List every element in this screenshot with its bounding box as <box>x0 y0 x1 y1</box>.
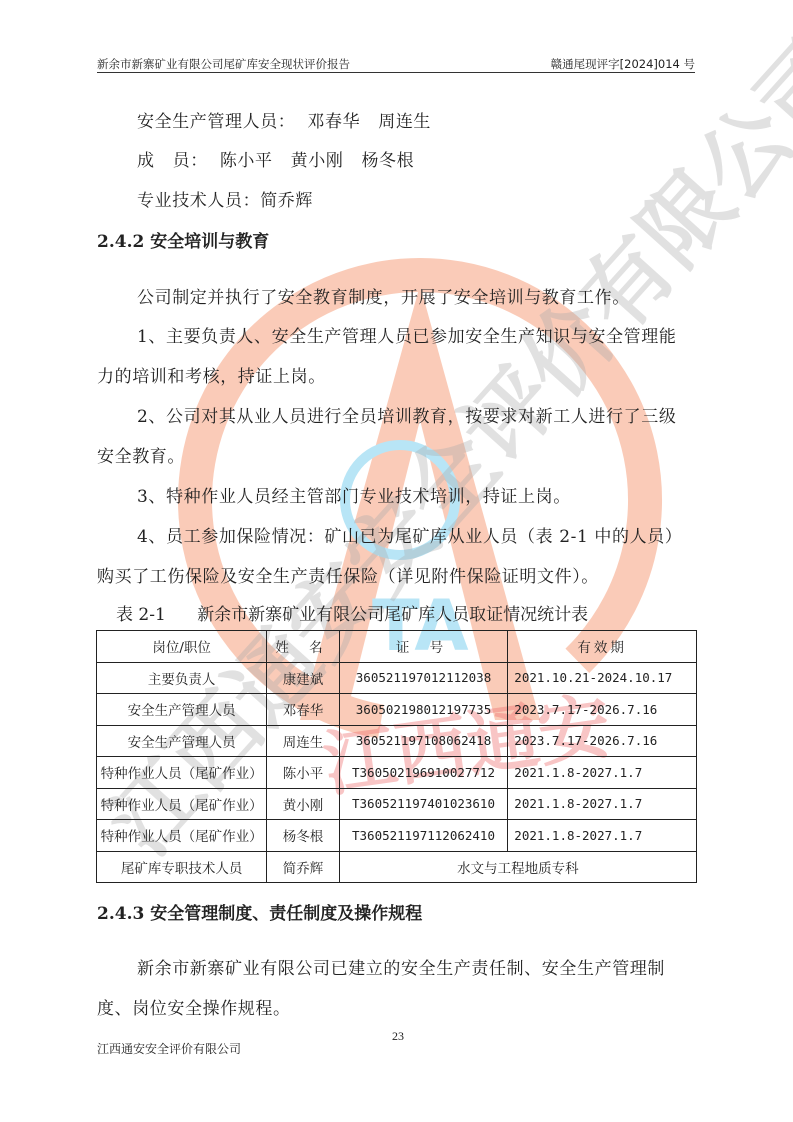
table-header-row: 岗位/职位 姓 名 证 号 有效期 <box>97 631 697 663</box>
paragraph: 购买了工伤保险及安全生产责任保险（详见附件保险证明文件）。 <box>97 566 599 588</box>
cell-certificate-no: T360502196910027712 <box>339 757 508 789</box>
cell-certificate-no: T360521197112062410 <box>339 820 508 852</box>
footer-company: 江西通安安全评价有限公司 <box>97 1040 241 1057</box>
cell-validity: 2021.1.8-2027.1.7 <box>508 788 697 820</box>
paragraph: 安全教育。 <box>97 446 185 468</box>
cell-name: 杨冬根 <box>267 820 339 852</box>
header-report-title: 新余市新寨矿业有限公司尾矿库安全现状评价报告 <box>97 56 350 72</box>
cell-name: 康建斌 <box>267 662 339 694</box>
cell-certificate-no: 360521197012112038 <box>339 662 508 694</box>
cell-name: 周连生 <box>267 725 339 757</box>
cell-name: 陈小平 <box>267 757 339 789</box>
cell-validity: 2021.1.8-2027.1.7 <box>508 820 697 852</box>
cell-certificate-no: T360521197401023610 <box>339 788 508 820</box>
document-page: TA 江西通安安全评价有限公司 江西通安 新余市新寨矿业有限公司尾矿库安全现状评… <box>0 0 793 1122</box>
intro-line-safety-managers: 安全生产管理人员： 邓春华 周连生 <box>137 111 431 133</box>
certification-table: 岗位/职位 姓 名 证 号 有效期 主要负责人 康建斌 360521197012… <box>96 630 697 883</box>
column-header-validity: 有效期 <box>508 631 697 663</box>
cell-position: 尾矿库专职技术人员 <box>97 851 267 883</box>
page-header: 新余市新寨矿业有限公司尾矿库安全现状评价报告 赣通尾现评字[2024]014 号 <box>97 56 695 73</box>
cell-position: 特种作业人员（尾矿作业） <box>97 757 267 789</box>
table-row: 安全生产管理人员 邓春华 360502198012197735 2023.7.1… <box>97 694 697 726</box>
paragraph: 1、主要负责人、安全生产管理人员已参加安全生产知识与安全管理能 <box>137 326 676 348</box>
table-caption: 表 2-1 新余市新寨矿业有限公司尾矿库人员取证情况统计表 <box>116 604 588 626</box>
intro-line-technical-staff: 专业技术人员：简乔辉 <box>137 190 313 212</box>
cell-validity: 2021.1.8-2027.1.7 <box>508 757 697 789</box>
cell-position: 安全生产管理人员 <box>97 694 267 726</box>
column-header-name: 姓 名 <box>267 631 339 663</box>
table-row: 特种作业人员（尾矿作业） 杨冬根 T360521197112062410 202… <box>97 820 697 852</box>
table-row: 尾矿库专职技术人员 简乔辉 水文与工程地质专科 <box>97 851 697 883</box>
paragraph: 度、岗位安全操作规程。 <box>97 998 291 1020</box>
header-report-number: 赣通尾现评字[2024]014 号 <box>551 56 695 72</box>
paragraph: 3、特种作业人员经主管部门专业技术培训，持证上岗。 <box>137 486 571 508</box>
paragraph: 新余市新寨矿业有限公司已建立的安全生产责任制、安全生产管理制 <box>137 958 665 980</box>
cell-position: 特种作业人员（尾矿作业） <box>97 788 267 820</box>
cell-certificate-no: 360521197108062418 <box>339 725 508 757</box>
cell-position: 主要负责人 <box>97 662 267 694</box>
table-row: 特种作业人员（尾矿作业） 陈小平 T360502196910027712 202… <box>97 757 697 789</box>
cell-certificate-no: 360502198012197735 <box>339 694 508 726</box>
paragraph: 力的培训和考核，持证上岗。 <box>97 366 326 388</box>
cell-validity: 2021.10.21-2024.10.17 <box>508 662 697 694</box>
column-header-certificate-no: 证 号 <box>339 631 508 663</box>
cell-qualification: 水文与工程地质专科 <box>339 851 696 883</box>
cell-name: 邓春华 <box>267 694 339 726</box>
paragraph: 公司制定并执行了安全教育制度，开展了安全培训与教育工作。 <box>137 287 630 309</box>
cell-validity: 2023.7.17-2026.7.16 <box>508 694 697 726</box>
section-heading-2-4-3: 2.4.3 安全管理制度、责任制度及操作规程 <box>97 903 422 925</box>
cell-name: 黄小刚 <box>267 788 339 820</box>
cell-position: 安全生产管理人员 <box>97 725 267 757</box>
cell-name: 简乔辉 <box>267 851 339 883</box>
table-caption-number: 表 2-1 <box>116 605 166 625</box>
table-row: 主要负责人 康建斌 360521197012112038 2021.10.21-… <box>97 662 697 694</box>
cell-validity: 2023.7.17-2026.7.16 <box>508 725 697 757</box>
cell-position: 特种作业人员（尾矿作业） <box>97 820 267 852</box>
paragraph: 2、公司对其从业人员进行全员培训教育，按要求对新工人进行了三级 <box>137 406 676 428</box>
intro-line-members: 成 员： 陈小平 黄小刚 杨冬根 <box>137 150 414 172</box>
table-row: 特种作业人员（尾矿作业） 黄小刚 T360521197401023610 202… <box>97 788 697 820</box>
column-header-position: 岗位/职位 <box>97 631 267 663</box>
page-number: 23 <box>392 1029 404 1044</box>
paragraph: 4、员工参加保险情况：矿山已为尾矿库从业人员（表 2-1 中的人员） <box>137 526 682 548</box>
table-row: 安全生产管理人员 周连生 360521197108062418 2023.7.1… <box>97 725 697 757</box>
section-heading-2-4-2: 2.4.2 安全培训与教育 <box>97 231 269 253</box>
table-caption-title: 新余市新寨矿业有限公司尾矿库人员取证情况统计表 <box>197 605 588 625</box>
